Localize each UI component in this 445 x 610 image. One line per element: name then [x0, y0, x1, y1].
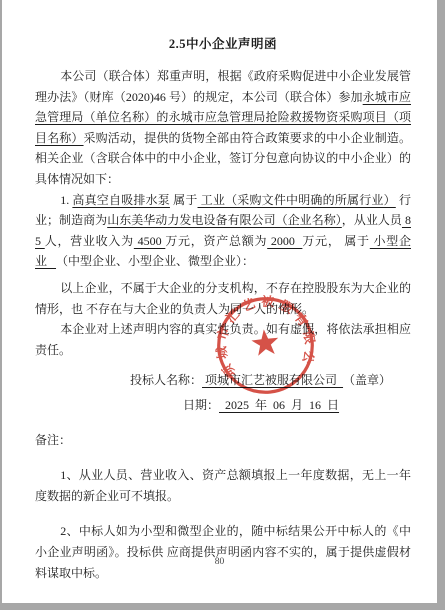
date-line: 日期： 2025 年 06 月 16 日: [35, 393, 411, 418]
document-title: 2.5中小企业声明函: [35, 34, 411, 52]
filled-blank: 工业（采购文件中明确的所属行业）: [198, 193, 396, 207]
signature-block: 投标人名称： 项城市汇艺被服有限公司 （盖章） 日期： 2025 年 06 月 …: [35, 368, 411, 418]
body-paragraph: 以上企业，不属于大企业的分支机构，不存在控股股东为大企业的情形，也 不存在与大企…: [35, 278, 411, 319]
filled-blank: 山东美华动力发电设备有限公司（企业名称）: [107, 213, 342, 227]
text-run: 万元，资产总额为: [165, 234, 267, 248]
body-paragraph: 本公司（联合体）郑重声明，根据《政府采购促进中小企业发展管理办法》（财库（202…: [35, 66, 411, 190]
date-label: 日期：: [183, 398, 219, 412]
document-body: 本公司（联合体）郑重声明，根据《政府采购促进中小企业发展管理办法》（财库（202…: [35, 66, 411, 360]
filled-blank: 2000: [267, 234, 302, 248]
text-run: 1.: [60, 193, 72, 207]
bidder-name-label: 投标人名称：: [130, 373, 202, 387]
text-run: ，从业人员: [342, 213, 402, 227]
note-item: 1、从业人员、营业收入、资产总额填报上一年度数据，无上一年度数据的新企业可不填报…: [35, 465, 411, 507]
text-run: 属于: [170, 193, 198, 207]
notes-heading: 备注：: [35, 430, 411, 451]
text-run: 以上企业，不属于大企业的分支机构，不存在控股股东为大企业的情形，也 不存在与大企…: [35, 281, 411, 316]
bidder-name-value: 项城市汇艺被服有限公司: [202, 373, 343, 387]
bidder-name-line: 投标人名称： 项城市汇艺被服有限公司 （盖章）: [35, 368, 411, 393]
note-item: 2、中标人如为小型和微型企业的，随中标结果公开中标人的《中小企业声明函》。投标供…: [35, 521, 411, 584]
body-paragraph: 1. 高真空自吸排水泵 属于 工业（采购文件中明确的所属行业） 行业；制造商为山…: [35, 190, 411, 272]
text-run: 本企业对上述声明内容的真实性负责。如有虚假，将依法承担相应责任。: [35, 322, 411, 357]
page-number: 80: [2, 557, 437, 567]
document-page: 2.5中小企业声明函 本公司（联合体）郑重声明，根据《政府采购促进中小企业发展管…: [2, 0, 437, 603]
text-run: 万元， 属于: [302, 234, 369, 248]
text-run: 人，营业收入为: [45, 234, 134, 248]
document-content: 2.5中小企业声明函 本公司（联合体）郑重声明，根据《政府采购促进中小企业发展管…: [2, 0, 437, 584]
filled-blank: 4500: [134, 234, 165, 248]
filled-blank: 高真空自吸排水泵: [72, 193, 170, 207]
scan-background: 2.5中小企业声明函 本公司（联合体）郑重声明，根据《政府采购促进中小企业发展管…: [0, 0, 445, 610]
text-run: （中型企业、小型企业、微型企业）：: [56, 254, 254, 268]
text-run: 采购活动，提供的货物全部由符合政策要求的中小企业制造。相关企业（含联合体中的中小…: [35, 131, 411, 186]
seal-note-label: （盖章）: [343, 373, 391, 387]
date-value: 2025 年 06 月 16 日: [219, 398, 339, 412]
text-run: 本公司（联合体）郑重声明，根据《政府采购促进中小企业发展管理办法》（财库（202…: [35, 69, 411, 104]
body-paragraph: 本企业对上述声明内容的真实性负责。如有虚假，将依法承担相应责任。: [35, 319, 411, 360]
